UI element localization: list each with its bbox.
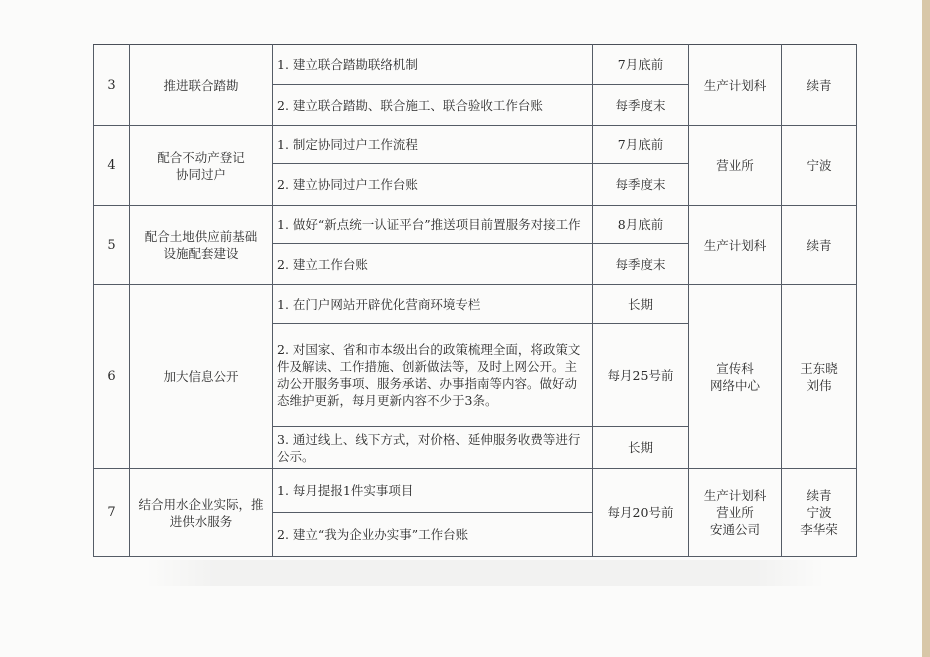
task-text: 1. 建立联合踏勘联络机制 bbox=[273, 45, 593, 85]
task-text: 1. 每月提报1件实事项目 bbox=[273, 469, 593, 513]
responsible-person: 续青 宁波 李华荣 bbox=[782, 469, 857, 557]
responsible-department: 宣传科 网络中心 bbox=[689, 285, 782, 469]
row-number: 6 bbox=[94, 285, 130, 469]
task-deadline: 每季度末 bbox=[593, 85, 689, 126]
work-plan-table: 3 推进联合踏勘 1. 建立联合踏勘联络机制 7月底前 生产计划科 续青 2. … bbox=[93, 44, 857, 557]
row-item: 配合不动产登记 协同过户 bbox=[130, 126, 273, 206]
task-text: 2. 对国家、省和市本级出台的政策梳理全面，将政策文件及解读、工作措施、创新做法… bbox=[273, 324, 593, 427]
responsible-department: 生产计划科 bbox=[689, 45, 782, 126]
responsible-department: 生产计划科 bbox=[689, 206, 782, 285]
responsible-person: 续青 bbox=[782, 45, 857, 126]
table-row: 3 推进联合踏勘 1. 建立联合踏勘联络机制 7月底前 生产计划科 续青 bbox=[94, 45, 857, 85]
task-deadline: 每季度末 bbox=[593, 244, 689, 285]
scanned-page-edge bbox=[922, 0, 930, 657]
responsible-department: 生产计划科 营业所 安通公司 bbox=[689, 469, 782, 557]
row-number: 5 bbox=[94, 206, 130, 285]
reverse-side-bleed-through bbox=[145, 560, 825, 586]
task-text: 2. 建立联合踏勘、联合施工、联合验收工作台账 bbox=[273, 85, 593, 126]
row-number: 3 bbox=[94, 45, 130, 126]
row-item: 推进联合踏勘 bbox=[130, 45, 273, 126]
responsible-person: 宁波 bbox=[782, 126, 857, 206]
row-item: 结合用水企业实际，推进供水服务 bbox=[130, 469, 273, 557]
responsible-person: 续青 bbox=[782, 206, 857, 285]
task-deadline: 8月底前 bbox=[593, 206, 689, 244]
task-text: 2. 建立工作台账 bbox=[273, 244, 593, 285]
task-text: 1. 做好“新点统一认证平台”推送项目前置服务对接工作 bbox=[273, 206, 593, 244]
task-text: 2. 建立协同过户工作台账 bbox=[273, 164, 593, 206]
table-row: 7 结合用水企业实际，推进供水服务 1. 每月提报1件实事项目 每月20号前 生… bbox=[94, 469, 857, 513]
task-text: 1. 在门户网站开辟优化营商环境专栏 bbox=[273, 285, 593, 324]
task-deadline: 7月底前 bbox=[593, 126, 689, 164]
task-text: 3. 通过线上、线下方式，对价格、延伸服务收费等进行公示。 bbox=[273, 427, 593, 469]
row-number: 7 bbox=[94, 469, 130, 557]
task-text: 1. 制定协同过户工作流程 bbox=[273, 126, 593, 164]
task-text: 2. 建立“我为企业办实事”工作台账 bbox=[273, 513, 593, 557]
task-deadline: 长期 bbox=[593, 285, 689, 324]
task-deadline: 每季度末 bbox=[593, 164, 689, 206]
responsible-person: 王东晓 刘伟 bbox=[782, 285, 857, 469]
row-item: 加大信息公开 bbox=[130, 285, 273, 469]
row-item: 配合土地供应前基础设施配套建设 bbox=[130, 206, 273, 285]
table-row: 4 配合不动产登记 协同过户 1. 制定协同过户工作流程 7月底前 营业所 宁波 bbox=[94, 126, 857, 164]
table-row: 6 加大信息公开 1. 在门户网站开辟优化营商环境专栏 长期 宣传科 网络中心 … bbox=[94, 285, 857, 324]
task-deadline: 每月25号前 bbox=[593, 324, 689, 427]
table-row: 5 配合土地供应前基础设施配套建设 1. 做好“新点统一认证平台”推送项目前置服… bbox=[94, 206, 857, 244]
task-deadline: 长期 bbox=[593, 427, 689, 469]
row-number: 4 bbox=[94, 126, 130, 206]
task-deadline: 7月底前 bbox=[593, 45, 689, 85]
task-deadline: 每月20号前 bbox=[593, 469, 689, 557]
responsible-department: 营业所 bbox=[689, 126, 782, 206]
